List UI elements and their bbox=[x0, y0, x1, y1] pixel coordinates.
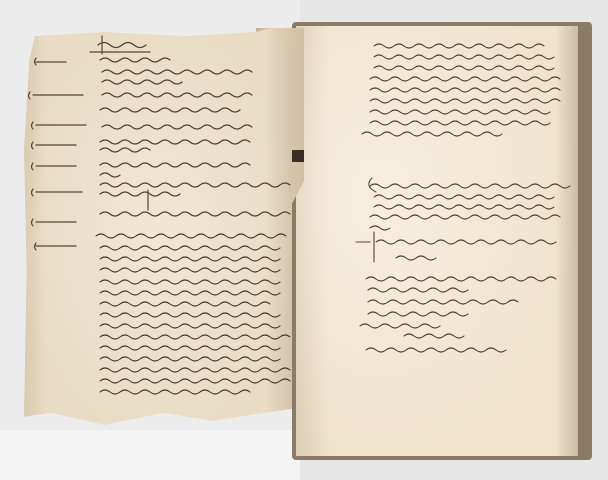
right-page-handwriting bbox=[0, 0, 608, 480]
